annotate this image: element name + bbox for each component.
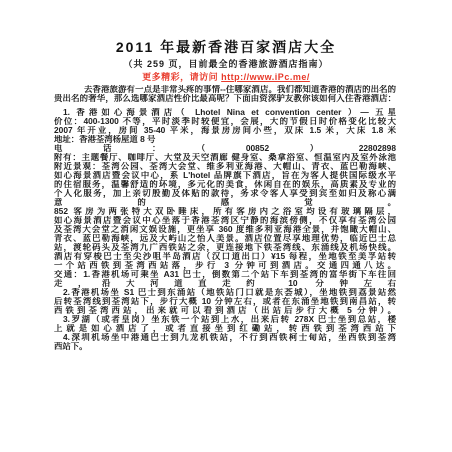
page-title: 2011 年最新香港百家酒店大全 — [0, 39, 452, 56]
text-line: 意的感觉。 — [54, 198, 396, 207]
text-line: 西铁到荃湾西站，出来就可以看到酒店（出站后步行大概 5 分钟）。 — [54, 306, 396, 315]
document-body: 去香港旅游有一点是非常头疼的事情--住哪家酒店。我们都知道香港的酒店的出名的贵出… — [54, 85, 396, 351]
text-line: 电话：（00852）22802898 — [54, 144, 396, 153]
text-line: 交通：1.香港机场可乘坐 A31 巴士，倒数第二个站下车到荃湾的富华街下车往回 — [54, 270, 396, 279]
text-line: 4.深圳机场坐中港通巴士到九龙机铁站，不行到西铁柯士甸站，坐西铁到荃湾 — [54, 333, 396, 342]
text-line: 的住宿服务，温馨舒适的环境，多元化的美食，休闲自在的娱乐，高质素及专业的 — [54, 180, 396, 189]
text-line: 后转荃湾线到荃湾站下，步行大概 10 分钟左右，或者在东涌坐地铁到南昌站，转 — [54, 297, 396, 306]
promo-text: 更多精彩，请访问 — [142, 72, 221, 82]
text-line: 2007 年开业，房间 35-40 平米，海景房房间小些，双床 1.5 米，大床… — [54, 126, 396, 135]
text-line: 及荃湾大会堂之消闲文娱设施，更坐享 360 度维多利亚海港全景，并饱瞰大帽山、 — [54, 225, 396, 234]
text-line: 去香港旅游有一点是非常头疼的事情--住哪家酒店。我们都知道香港的酒店的出名的 — [54, 85, 396, 94]
text-line: 852 客房为两张特大双卧睡床，所有客房内之浴室均设有玻璃隔层， — [54, 207, 396, 216]
text-line: 个人化服务，加上亲切殷勤及体贴的款待，务求令客人享受到宾至如归及称心满 — [54, 189, 396, 198]
text-line: 如心海景酒店暨会议中心，系 L'hotel 品牌旗下酒店，旨在为客人提供国际级水… — [54, 171, 396, 180]
text-line: 青衣、蓝巴勒海峡，远及大屿山之怡人美景。酒店位置尽享地理优势，临近巴士总 — [54, 234, 396, 243]
text-line: 2.香港机场坐 S1 巴士到东涌站（地铁站门口就是东荟城），坐地铁到荔景站然 — [54, 288, 396, 297]
promo-link[interactable]: http://www.iPc.me/ — [221, 72, 310, 82]
text-line: 附近景观：荃湾公园、荃湾大会堂、维多利亚海港、大帽山、青衣、蓝巴勒海峡、 — [54, 162, 396, 171]
text-line: 地址：香港荃湾杨屋道 8 号 — [54, 135, 396, 144]
text-line: 走，沿大河道直走约 10 分钟左右 — [54, 279, 396, 288]
text-line: 贵出名的奢华，那么选哪家酒店性价比最高呢？下面由资深驴友教你该如何入住香港酒店： — [54, 94, 396, 103]
text-line: 酒店有穿梭巴士至尖沙咀半岛酒店（汉口道出口）¥15 每程，坐地铁至美孚站转 — [54, 252, 396, 261]
text-line: 附有：主题餐厅、咖啡厅、大堂及天空酒廊 健身室、桑拿浴室、恒温室内及室外泳池 — [54, 153, 396, 162]
text-line: 3.罗湖（或者皇岗）坐东铁一个站到上水，出来后转 278X 巴士坐到总站，楼 — [54, 315, 396, 324]
document-page: 2011 年最新香港百家酒店大全 （共 259 页，目前最全的香港旅游酒店指南）… — [0, 0, 452, 452]
text-line: 1. 香港如心海景酒店（ Lhotel Nina et convention c… — [54, 108, 396, 117]
page-subtitle: （共 259 页，目前最全的香港旅游酒店指南） — [0, 59, 452, 70]
text-line: 站，渡轮码头及荃湾九广西铁站之余，更连接地下铁荃湾线、东涌线及机场快线。 — [54, 243, 396, 252]
text-line: 一个站西铁到荃湾西站落，步行 3 分钟可到酒店。交通四通八达。 — [54, 261, 396, 270]
text-line: 如心海景酒店暨会议中心坐落于香港荃湾区宁静的海滨傍侧，不仅享有荃湾公园 — [54, 216, 396, 225]
text-line: 上就是如心酒店了，或者直接坐到红磡站，转西铁到荃湾西站下 — [54, 324, 396, 333]
promo-line: 更多精彩，请访问 http://www.iPc.me/ — [0, 72, 452, 83]
text-line: 价位：400-1300 不等，平时淡季时较便宜，会展，大的节假日时价格变化比较大 — [54, 117, 396, 126]
text-line: 西站下。 — [54, 342, 396, 351]
